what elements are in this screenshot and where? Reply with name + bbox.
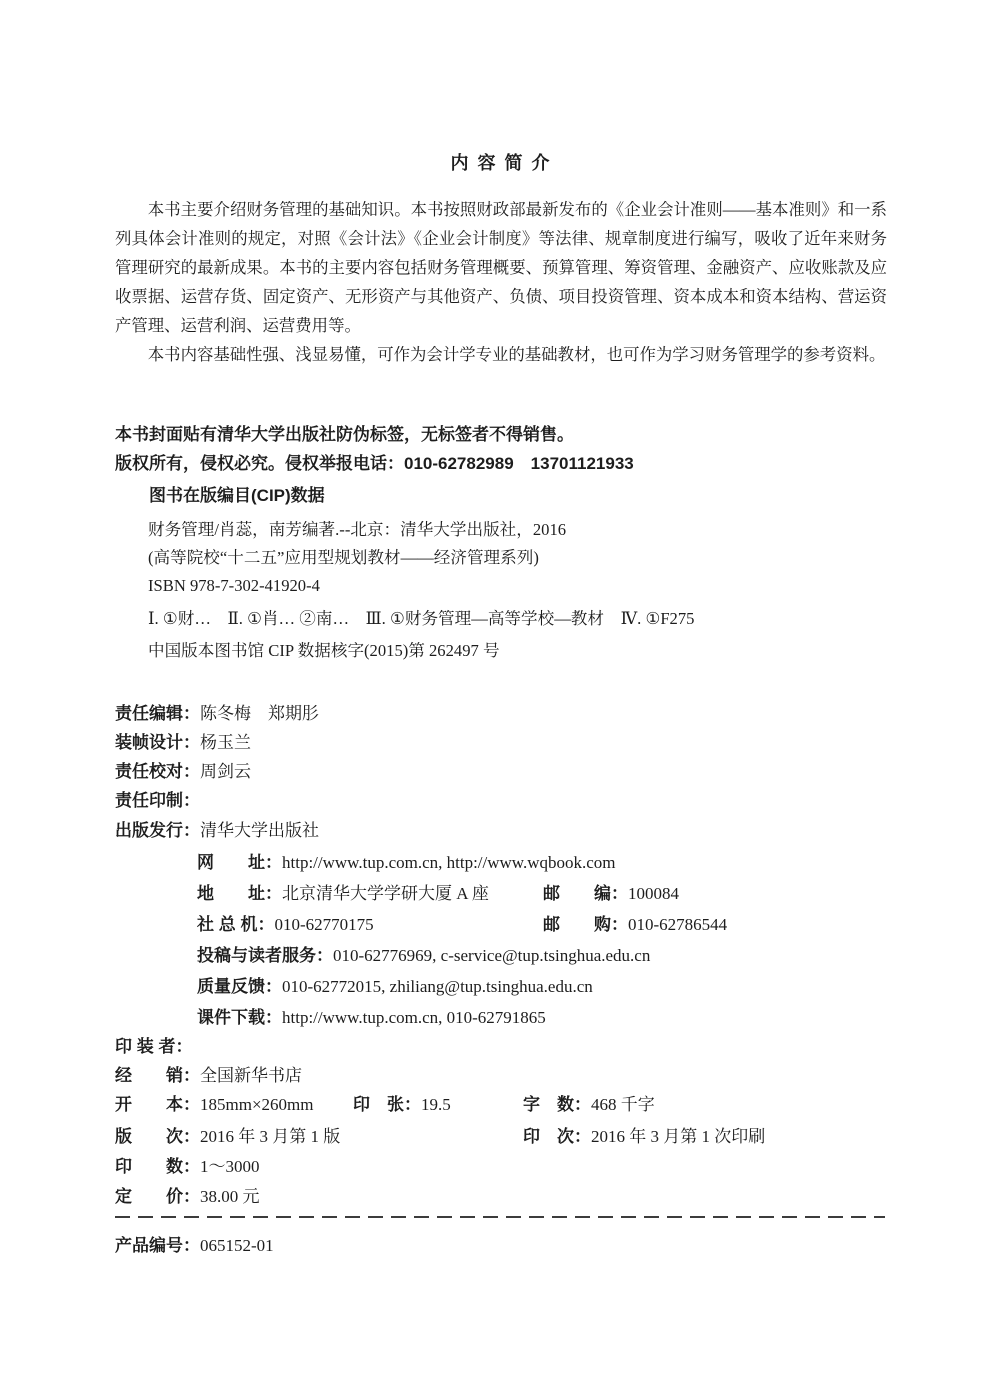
impression-column: 印 次：2016 年 3 月第 1 次印刷 xyxy=(523,1122,765,1151)
anti-piracy-line-1: 本书封面贴有清华大学出版社防伪标签，无标签者不得销售。 xyxy=(115,420,574,449)
print-run-value: 1～3000 xyxy=(200,1157,260,1176)
edition-value: 2016 年 3 月第 1 版 xyxy=(200,1127,340,1146)
proofreader-value: 周剑云 xyxy=(200,762,251,781)
cip-record-line: 财务管理/肖蕊，南芳编著.--北京：清华大学出版社，2016 xyxy=(148,515,566,544)
mailorder-label: 邮 购： xyxy=(543,915,628,934)
cip-series-line: (高等院校“十二五”应用型规划教材——经济管理系列) xyxy=(148,543,539,572)
reader-service-label: 投稿与读者服务： xyxy=(197,946,333,965)
mailorder-column: 邮 购：010-62786544 xyxy=(543,910,727,939)
printer-label: 责任印制： xyxy=(115,791,200,810)
zip-column: 邮 编：100084 xyxy=(543,879,679,908)
print-run-row: 印 数：1～3000 xyxy=(115,1152,260,1181)
book-copyright-page: 内 容 简 介 本书主要介绍财务管理的基础知识。本书按照财政部最新发布的《企业会… xyxy=(0,0,1000,1392)
intro-title: 内 容 简 介 xyxy=(115,149,887,175)
staff-designer-row: 装帧设计：杨玉兰 xyxy=(115,728,251,757)
courseware-value: http://www.tup.com.cn, 010-62791865 xyxy=(282,1008,546,1027)
binder-row: 印 装 者： xyxy=(115,1032,192,1061)
switchboard-label: 社 总 机： xyxy=(197,915,274,934)
product-number-value: 065152-01 xyxy=(200,1236,274,1255)
designer-label: 装帧设计： xyxy=(115,733,200,752)
designer-value: 杨玉兰 xyxy=(200,733,251,752)
editor-value: 陈冬梅 郑期肜 xyxy=(200,704,319,723)
address-value: 北京清华大学学研大厦 A 座 xyxy=(282,884,489,903)
website-value: http://www.tup.com.cn, http://www.wqbook… xyxy=(282,853,616,872)
quality-feedback-value: 010-62772015, zhiliang@tup.tsinghua.edu.… xyxy=(282,977,593,996)
zip-value: 100084 xyxy=(628,884,679,903)
wordcount-column: 字 数：468 千字 xyxy=(523,1090,655,1119)
switchboard-value: 010-62770175 xyxy=(274,915,373,934)
website-label: 网 址： xyxy=(197,853,282,872)
quality-feedback-row: 质量反馈：010-62772015, zhiliang@tup.tsinghua… xyxy=(197,972,593,1001)
print-run-label: 印 数： xyxy=(115,1157,200,1176)
staff-editor-row: 责任编辑：陈冬梅 郑期肜 xyxy=(115,699,319,728)
format-row: 开 本：185mm×260mm 印 张：19.5 字 数：468 千字 xyxy=(115,1090,313,1119)
format-label: 开 本： xyxy=(115,1095,200,1114)
product-number-label: 产品编号： xyxy=(115,1236,200,1255)
wordcount-value: 468 千字 xyxy=(591,1095,655,1114)
cip-heading: 图书在版编目(CIP)数据 xyxy=(149,481,325,510)
binder-label: 印 装 者： xyxy=(115,1037,192,1056)
staff-printer-row: 责任印制： xyxy=(115,786,200,815)
price-row: 定 价：38.00 元 xyxy=(115,1182,260,1211)
publisher-label: 出版发行： xyxy=(115,821,200,840)
courseware-row: 课件下载：http://www.tup.com.cn, 010-62791865 xyxy=(197,1003,546,1032)
anti-piracy-line-2: 版权所有，侵权必究。侵权举报电话：010-62782989 1370112193… xyxy=(115,449,634,478)
address-label: 地 址： xyxy=(197,884,282,903)
impression-value: 2016 年 3 月第 1 次印刷 xyxy=(591,1127,765,1146)
sheets-value: 19.5 xyxy=(421,1095,451,1114)
price-value: 38.00 元 xyxy=(200,1187,260,1206)
distributor-value: 全国新华书店 xyxy=(200,1066,302,1085)
page-content: 内 容 简 介 本书主要介绍财务管理的基础知识。本书按照财政部最新发布的《企业会… xyxy=(115,0,887,1392)
reader-service-row: 投稿与读者服务：010-62776969, c-service@tup.tsin… xyxy=(197,941,650,970)
wordcount-label: 字 数： xyxy=(523,1095,591,1114)
separator-dashed-line xyxy=(115,1216,885,1218)
format-value: 185mm×260mm xyxy=(200,1095,313,1114)
distributor-label: 经 销： xyxy=(115,1066,200,1085)
staff-proofreader-row: 责任校对：周剑云 xyxy=(115,757,251,786)
cip-number: 中国版本图书馆 CIP 数据核字(2015)第 262497 号 xyxy=(148,636,500,665)
quality-feedback-label: 质量反馈： xyxy=(197,977,282,996)
website-row: 网 址：http://www.tup.com.cn, http://www.wq… xyxy=(197,848,616,877)
sheets-label: 印 张： xyxy=(353,1095,421,1114)
publisher-value: 清华大学出版社 xyxy=(200,821,319,840)
price-label: 定 价： xyxy=(115,1187,200,1206)
editor-label: 责任编辑： xyxy=(115,704,200,723)
edition-row: 版 次：2016 年 3 月第 1 版 印 次：2016 年 3 月第 1 次印… xyxy=(115,1122,340,1151)
impression-label: 印 次： xyxy=(523,1127,591,1146)
intro-paragraph-2: 本书内容基础性强、浅显易懂，可作为会计学专业的基础教材，也可作为学习财务管理学的… xyxy=(115,340,887,369)
intro-body: 本书主要介绍财务管理的基础知识。本书按照财政部最新发布的《企业会计准则——基本准… xyxy=(115,195,887,369)
product-number-row: 产品编号：065152-01 xyxy=(115,1231,274,1260)
courseware-label: 课件下载： xyxy=(197,1008,282,1027)
address-row: 地 址：北京清华大学学研大厦 A 座 邮 编：100084 xyxy=(197,879,489,908)
switchboard-row: 社 总 机：010-62770175 邮 购：010-62786544 xyxy=(197,910,374,939)
edition-label: 版 次： xyxy=(115,1127,200,1146)
publisher-row: 出版发行：清华大学出版社 xyxy=(115,816,319,845)
reader-service-value: 010-62776969, c-service@tup.tsinghua.edu… xyxy=(333,946,650,965)
cip-classification: Ⅰ. ①财… Ⅱ. ①肖… ②南… Ⅲ. ①财务管理—高等学校—教材 Ⅳ. ①F… xyxy=(148,604,694,633)
distributor-row: 经 销：全国新华书店 xyxy=(115,1061,302,1090)
cip-isbn: ISBN 978-7-302-41920-4 xyxy=(148,571,320,600)
proofreader-label: 责任校对： xyxy=(115,762,200,781)
zip-label: 邮 编： xyxy=(543,884,628,903)
sheets-column: 印 张：19.5 xyxy=(353,1090,451,1119)
intro-paragraph-1: 本书主要介绍财务管理的基础知识。本书按照财政部最新发布的《企业会计准则——基本准… xyxy=(115,195,887,340)
mailorder-value: 010-62786544 xyxy=(628,915,727,934)
